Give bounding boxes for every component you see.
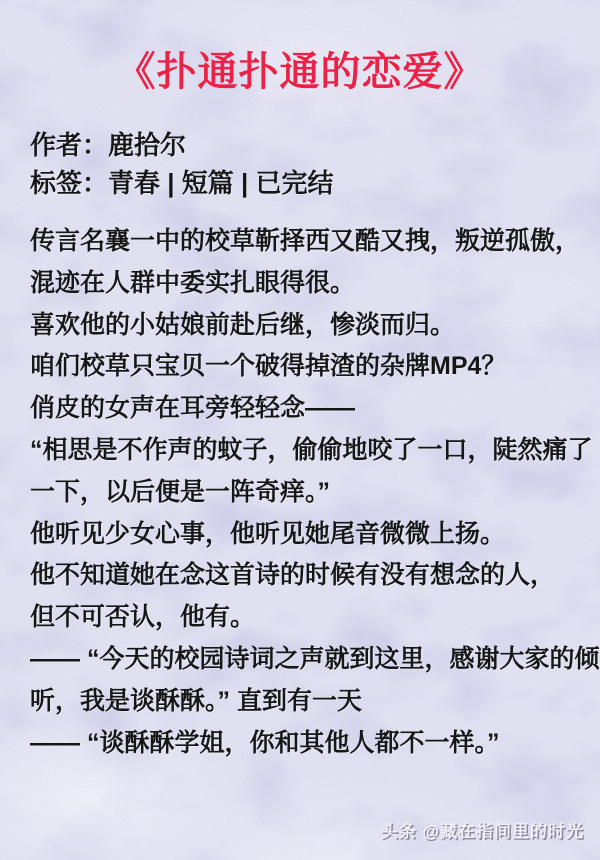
synopsis: 传言名襄一中的校草靳择西又酷又拽，叛逆孤傲， 混迹在人群中委实扎眼得很。 喜欢他… (30, 221, 574, 764)
author-line: 作者：鹿拾尔 (30, 126, 572, 164)
card-content: 《扑通扑通的恋爱》 作者：鹿拾尔 标签：青春 | 短篇 | 已完结 传言名襄一中… (0, 0, 600, 860)
watermark: 头条 @藏在指间里的时光 (381, 817, 584, 842)
synopsis-line: 但不可否认，他有。 (30, 597, 574, 639)
book-recommendation-card: 《扑通扑通的恋爱》 作者：鹿拾尔 标签：青春 | 短篇 | 已完结 传言名襄一中… (0, 0, 600, 860)
book-meta: 作者：鹿拾尔 标签：青春 | 短篇 | 已完结 (30, 126, 572, 202)
tags-line: 标签：青春 | 短篇 | 已完结 (30, 164, 572, 202)
synopsis-line: “相思是不作声的蚊子，偷偷地咬了一口，陡然痛了 (30, 430, 574, 472)
synopsis-line: 混迹在人群中委实扎眼得很。 (30, 263, 574, 305)
synopsis-line: 俏皮的女声在耳旁轻轻念—— (30, 388, 574, 430)
synopsis-line: 他听见少女心事，他听见她尾音微微上扬。 (30, 514, 574, 556)
synopsis-line: 喜欢他的小姑娘前赴后继，惨淡而归。 (30, 305, 574, 347)
synopsis-line: 传言名襄一中的校草靳择西又酷又拽，叛逆孤傲， (30, 221, 574, 263)
synopsis-line: —— “谈酥酥学姐，你和其他人都不一样。” (30, 723, 574, 765)
synopsis-line: 一下，以后便是一阵奇痒。” (30, 472, 574, 514)
synopsis-line: 他不知道她在念这首诗的时候有没有想念的人， (30, 555, 574, 597)
book-title: 《扑通扑通的恋爱》 (0, 40, 600, 97)
synopsis-line: —— “今天的校园诗词之声就到这里，感谢大家的倾 (30, 639, 574, 681)
synopsis-line: 听，我是谈酥酥。” 直到有一天 (30, 681, 574, 723)
synopsis-line: 咱们校草只宝贝一个破得掉渣的杂牌MP4？ (30, 346, 574, 388)
